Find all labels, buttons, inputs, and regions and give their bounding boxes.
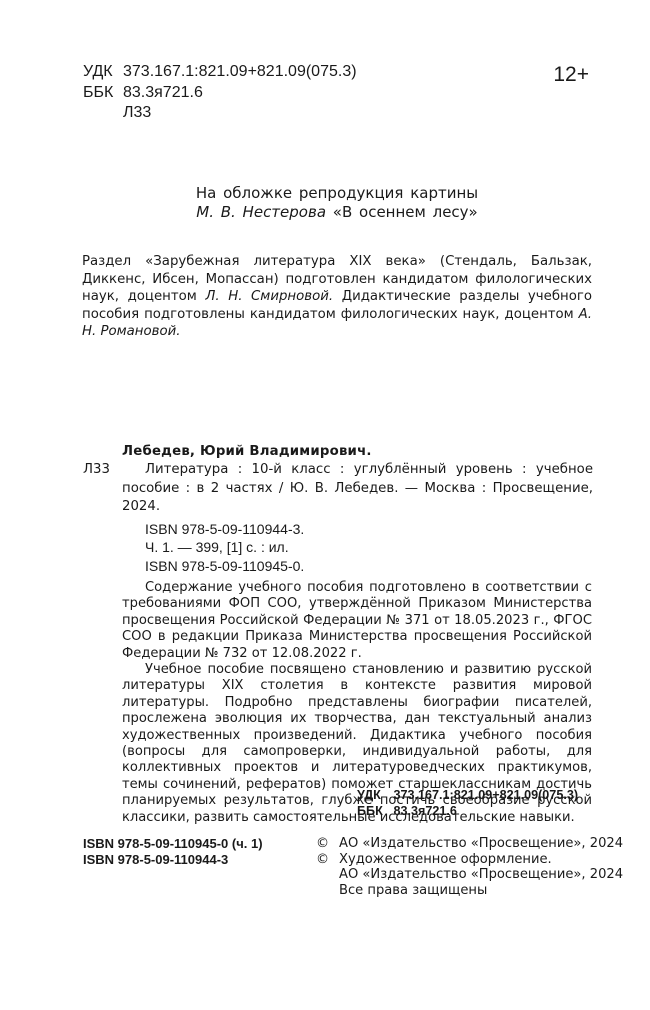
cover-note-line1: На обложке репродукция картины (100, 184, 574, 203)
card-isbn-block: ISBN 978-5-09-110944-3. Ч. 1. — 399, [1]… (145, 520, 593, 576)
udk-value-bottom: 373.167.1:821.09+821.09(075.3) (394, 788, 579, 802)
copyright-line-4: Все права защищены (339, 883, 487, 899)
isbn-list: ISBN 978-5-09-110945-0 (ч. 1) ISBN 978-5… (83, 836, 263, 867)
cover-note-line2: М. В. Нестерова «В осеннем лесу» (100, 203, 574, 222)
annotation-paragraph-1: Содержание учебного пособия подготовлено… (122, 580, 592, 662)
isbn-set: ISBN 978-5-09-110944-3 (83, 852, 263, 868)
copyright-row-4: Все права защищены (316, 883, 623, 899)
cover-painting: «В осеннем лесу» (333, 203, 478, 221)
classification-bottom: УДК 373.167.1:821.09+821.09(075.3) ББК 8… (357, 787, 578, 819)
card-description: Литература : 10-й класс : углублённый ур… (122, 461, 593, 516)
copyright-row-3: АО «Издательство «Просвещение», 2024 (316, 867, 623, 883)
isbn-part-1: ISBN 978-5-09-110945-0 (ч. 1) (83, 836, 263, 852)
bbk-row-bottom: ББК 83.3я721.6 (357, 803, 578, 819)
udk-label: УДК (83, 62, 123, 83)
copyright-block: © АО «Издательство «Просвещение», 2024 ©… (316, 836, 623, 898)
copyright-row-1: © АО «Издательство «Просвещение», 2024 (316, 836, 623, 852)
catalog-card: Лебедев, Юрий Владимирович. Л33 Литерату… (83, 443, 593, 575)
udk-label-bottom: УДК (357, 787, 390, 803)
copyright-line-2: Художественное оформление. (339, 852, 552, 868)
card-isbn-set: ISBN 978-5-09-110944-3. (145, 520, 593, 539)
bbk-value: 83.3я721.6 (123, 83, 203, 104)
bbk-label: ББК (83, 83, 123, 104)
credits-paragraph: Раздел «Зарубежная литература XIX века» … (82, 253, 592, 341)
classification-top: УДК 373.167.1:821.09+821.09(075.3) ББК 8… (83, 62, 357, 124)
bbk-value-bottom: 83.3я721.6 (394, 804, 457, 818)
card-isbn-part: ISBN 978-5-09-110945-0. (145, 557, 593, 576)
card-part-info: Ч. 1. — 399, [1] с. : ил. (145, 538, 593, 557)
bbk-label-bottom: ББК (357, 803, 390, 819)
copyright-line-3: АО «Издательство «Просвещение», 2024 (339, 867, 623, 883)
credits-name-1: Л. Н. Смирновой. (205, 289, 333, 304)
udk-value: 373.167.1:821.09+821.09(075.3) (123, 62, 357, 83)
card-main: Л33 Литература : 10-й класс : углублённы… (83, 461, 593, 516)
udk-row: УДК 373.167.1:821.09+821.09(075.3) (83, 62, 357, 83)
copyright-line-1: АО «Издательство «Просвещение», 2024 (339, 836, 623, 852)
copyright-icon: © (316, 852, 339, 868)
copyright-row-2: © Художественное оформление. (316, 852, 623, 868)
author-mark-row: Л33 (83, 103, 357, 124)
udk-row-bottom: УДК 373.167.1:821.09+821.09(075.3) (357, 787, 578, 803)
cover-note: На обложке репродукция картины М. В. Нес… (100, 184, 574, 222)
copyright-icon: © (316, 836, 339, 852)
cover-artist: М. В. Нестерова (196, 203, 326, 221)
card-code: Л33 (83, 461, 122, 516)
author-mark: Л33 (123, 103, 151, 124)
bbk-row: ББК 83.3я721.6 (83, 83, 357, 104)
age-rating: 12+ (553, 63, 589, 87)
card-author: Лебедев, Юрий Владимирович. (122, 443, 593, 461)
